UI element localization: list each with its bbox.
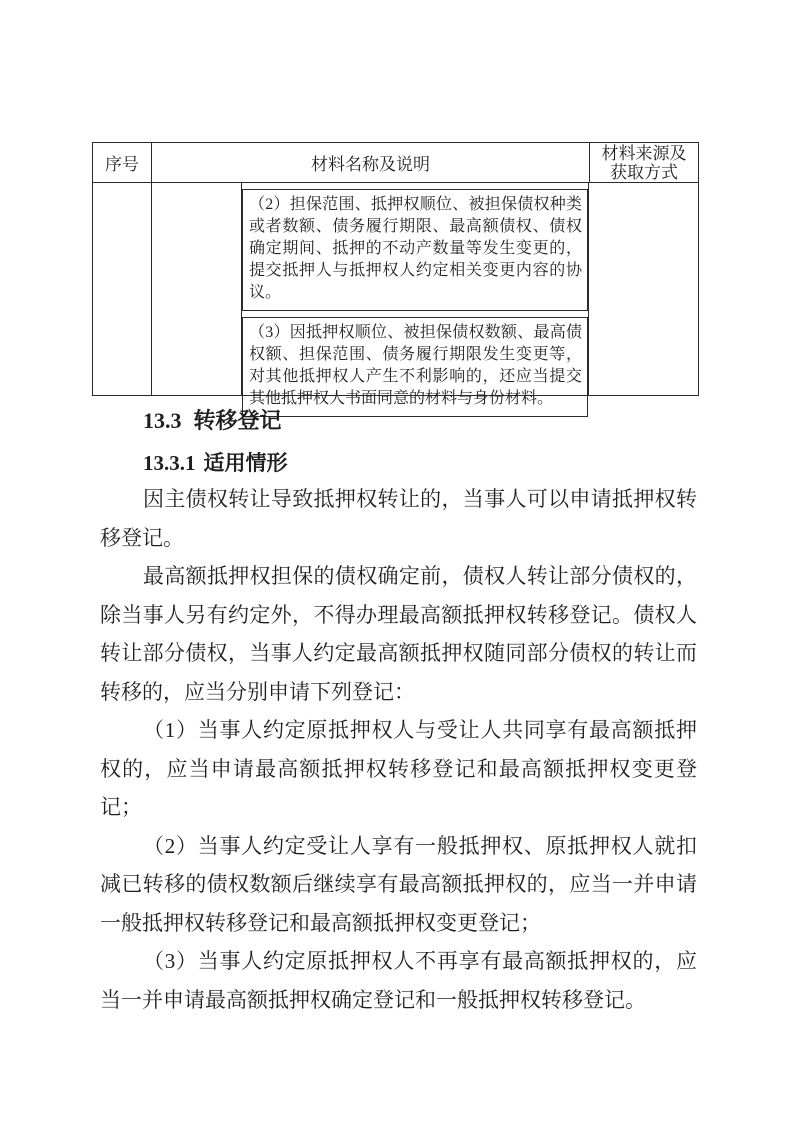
section-title: 转移登记: [194, 408, 282, 433]
table-header-row: 序号 材料名称及说明 材料来源及 获取方式: [93, 143, 698, 183]
header-cell-source: 材料来源及 获取方式: [590, 143, 698, 182]
table-body-row: （2）担保范围、抵押权顺位、被担保债权种类或者数额、债务履行期限、最高额债权、债…: [93, 183, 698, 395]
section-heading-13-3: 13.3转移登记: [143, 404, 697, 438]
body-cell-source: [589, 183, 698, 395]
paragraph-max-mortgage-rule: 最高额抵押权担保的债权确定前，债权人转让部分债权的，除当事人另有约定外，不得办理…: [100, 557, 697, 711]
paragraph-intro: 因主债权转让导致抵押权转让的，当事人可以申请抵押权转移登记。: [100, 480, 697, 557]
materials-table: 序号 材料名称及说明 材料来源及 获取方式 （2）担保范围、抵押权顺位、被担保债…: [92, 142, 699, 396]
body-cell-materials: （2）担保范围、抵押权顺位、被担保债权种类或者数额、债务履行期限、最高额债权、债…: [242, 183, 589, 395]
subsection-number: 13.3.1: [143, 451, 196, 475]
body-cell-seq: [93, 183, 152, 395]
text-content: 13.3转移登记 13.3.1适用情形 因主债权转让导致抵押权转让的，当事人可以…: [100, 400, 697, 1019]
section-number: 13.3: [143, 408, 182, 433]
document-page: 序号 材料名称及说明 材料来源及 获取方式 （2）担保范围、抵押权顺位、被担保债…: [0, 0, 793, 1122]
header-cell-material-name: 材料名称及说明: [152, 143, 590, 182]
paragraph-case-1: （1）当事人约定原抵押权人与受让人共同享有最高额抵押权的，应当申请最高额抵押权转…: [100, 711, 697, 827]
header-cell-seq: 序号: [93, 143, 152, 182]
paragraph-case-3: （3）当事人约定原抵押权人不再享有最高额抵押权的，应当一并申请最高额抵押权确定登…: [100, 942, 697, 1019]
section-heading-13-3-1: 13.3.1适用情形: [143, 446, 697, 480]
material-item-2: （2）担保范围、抵押权顺位、被担保债权种类或者数额、债务履行期限、最高额债权、债…: [242, 189, 588, 311]
body-cell-sub: [152, 183, 242, 395]
subsection-title: 适用情形: [204, 451, 288, 475]
paragraph-case-2: （2）当事人约定受让人享有一般抵押权、原抵押权人就扣减已转移的债权数额后继续享有…: [100, 827, 697, 943]
